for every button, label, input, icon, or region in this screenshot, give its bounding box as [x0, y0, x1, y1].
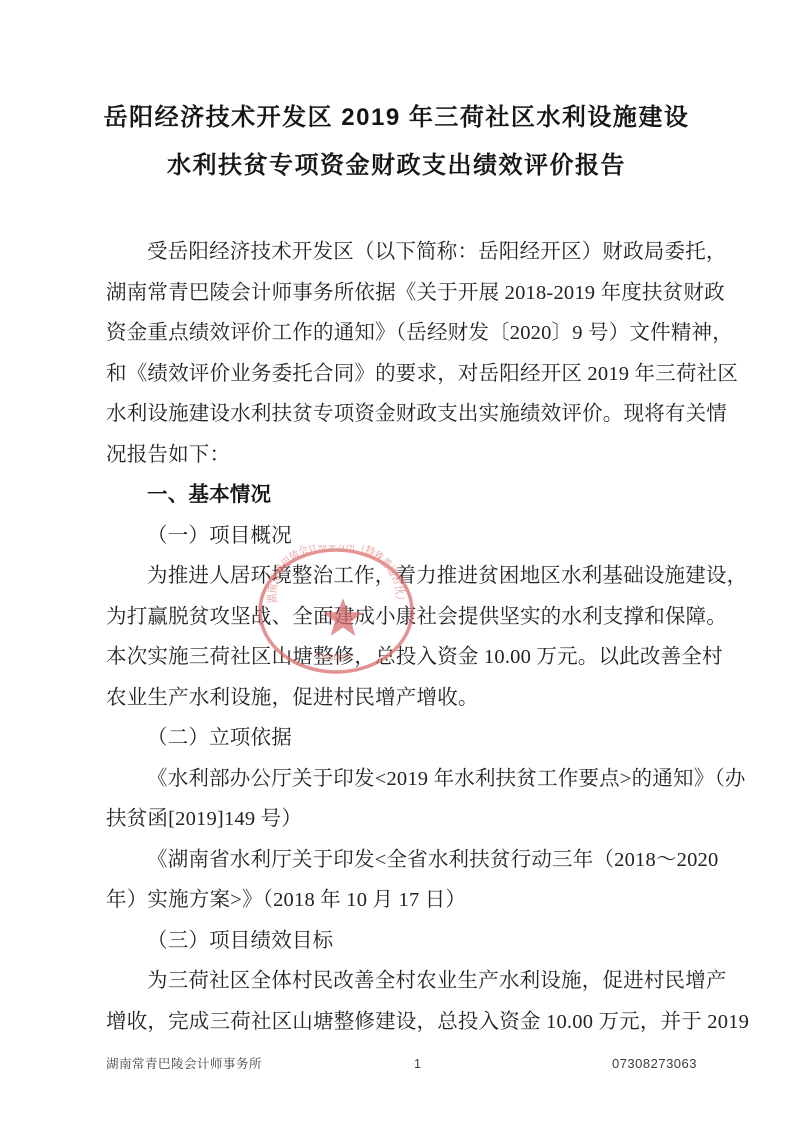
- paragraph-line: 为推进人居环境整治工作，着力推进贫困地区水利基础设施建设，: [106, 556, 706, 597]
- paragraph-line: 《湖南省水利厅关于印发<全省水利扶贫行动三年（2018～2020: [106, 840, 706, 881]
- footer-phone-number: 07308273063: [612, 1054, 697, 1074]
- page-footer: 湖南常青巴陵会计师事务所 1 07308273063: [0, 1054, 793, 1074]
- section-heading: 一、基本情况: [106, 475, 706, 516]
- paragraph-line: 和《绩效评价业务委托合同》的要求，对岳阳经开区 2019 年三荷社区: [106, 354, 706, 395]
- paragraph-line: 为三荷社区全体村民改善全村农业生产水利设施，促进村民增产: [106, 961, 706, 1002]
- report-page: 岳阳经济技术开发区 2019 年三荷社区水利设施建设 水利扶贫专项资金财政支出绩…: [0, 0, 793, 1121]
- paragraph-line: 年）实施方案>》（2018 年 10 月 17 日）: [106, 880, 706, 921]
- paragraph-line: 为打赢脱贫攻坚战、全面建成小康社会提供坚实的水利支撑和保障。: [106, 597, 706, 638]
- report-title-line-2: 水利扶贫专项资金财政支出绩效评价报告: [0, 142, 793, 190]
- paragraph-line: 况报告如下：: [106, 435, 706, 476]
- report-title: 岳阳经济技术开发区 2019 年三荷社区水利设施建设 水利扶贫专项资金财政支出绩…: [0, 94, 793, 190]
- report-title-line-1: 岳阳经济技术开发区 2019 年三荷社区水利设施建设: [0, 94, 793, 142]
- paragraph-line: 湖南常青巴陵会计师事务所依据《关于开展 2018-2019 年度扶贫财政: [106, 273, 706, 314]
- paragraph-line: 增收，完成三荷社区山塘整修建设，总投入资金 10.00 万元，并于 2019: [106, 1002, 706, 1043]
- subsection-heading: （二）立项依据: [106, 718, 706, 759]
- paragraph-line: 资金重点绩效评价工作的通知》（岳经财发〔2020〕9 号）文件精神，: [106, 313, 706, 354]
- subsection-heading: （一）项目概况: [106, 516, 706, 557]
- paragraph-line: 扶贫函[2019]149 号）: [106, 799, 706, 840]
- footer-page-number: 1: [414, 1054, 421, 1074]
- paragraph-line: 农业生产水利设施，促进村民增产增收。: [106, 678, 706, 719]
- paragraph-line: 受岳阳经济技术开发区（以下简称：岳阳经开区）财政局委托，: [106, 232, 706, 273]
- footer-firm-name: 湖南常青巴陵会计师事务所: [106, 1054, 262, 1074]
- paragraph-line: 本次实施三荷社区山塘整修，总投入资金 10.00 万元。以此改善全村: [106, 637, 706, 678]
- document-body: 受岳阳经济技术开发区（以下简称：岳阳经开区）财政局委托，湖南常青巴陵会计师事务所…: [106, 232, 706, 1042]
- subsection-heading: （三）项目绩效目标: [106, 921, 706, 962]
- paragraph-line: 水利设施建设水利扶贫专项资金财政支出实施绩效评价。现将有关情: [106, 394, 706, 435]
- paragraph-line: 《水利部办公厅关于印发<2019 年水利扶贫工作要点>的通知》（办: [106, 759, 706, 800]
